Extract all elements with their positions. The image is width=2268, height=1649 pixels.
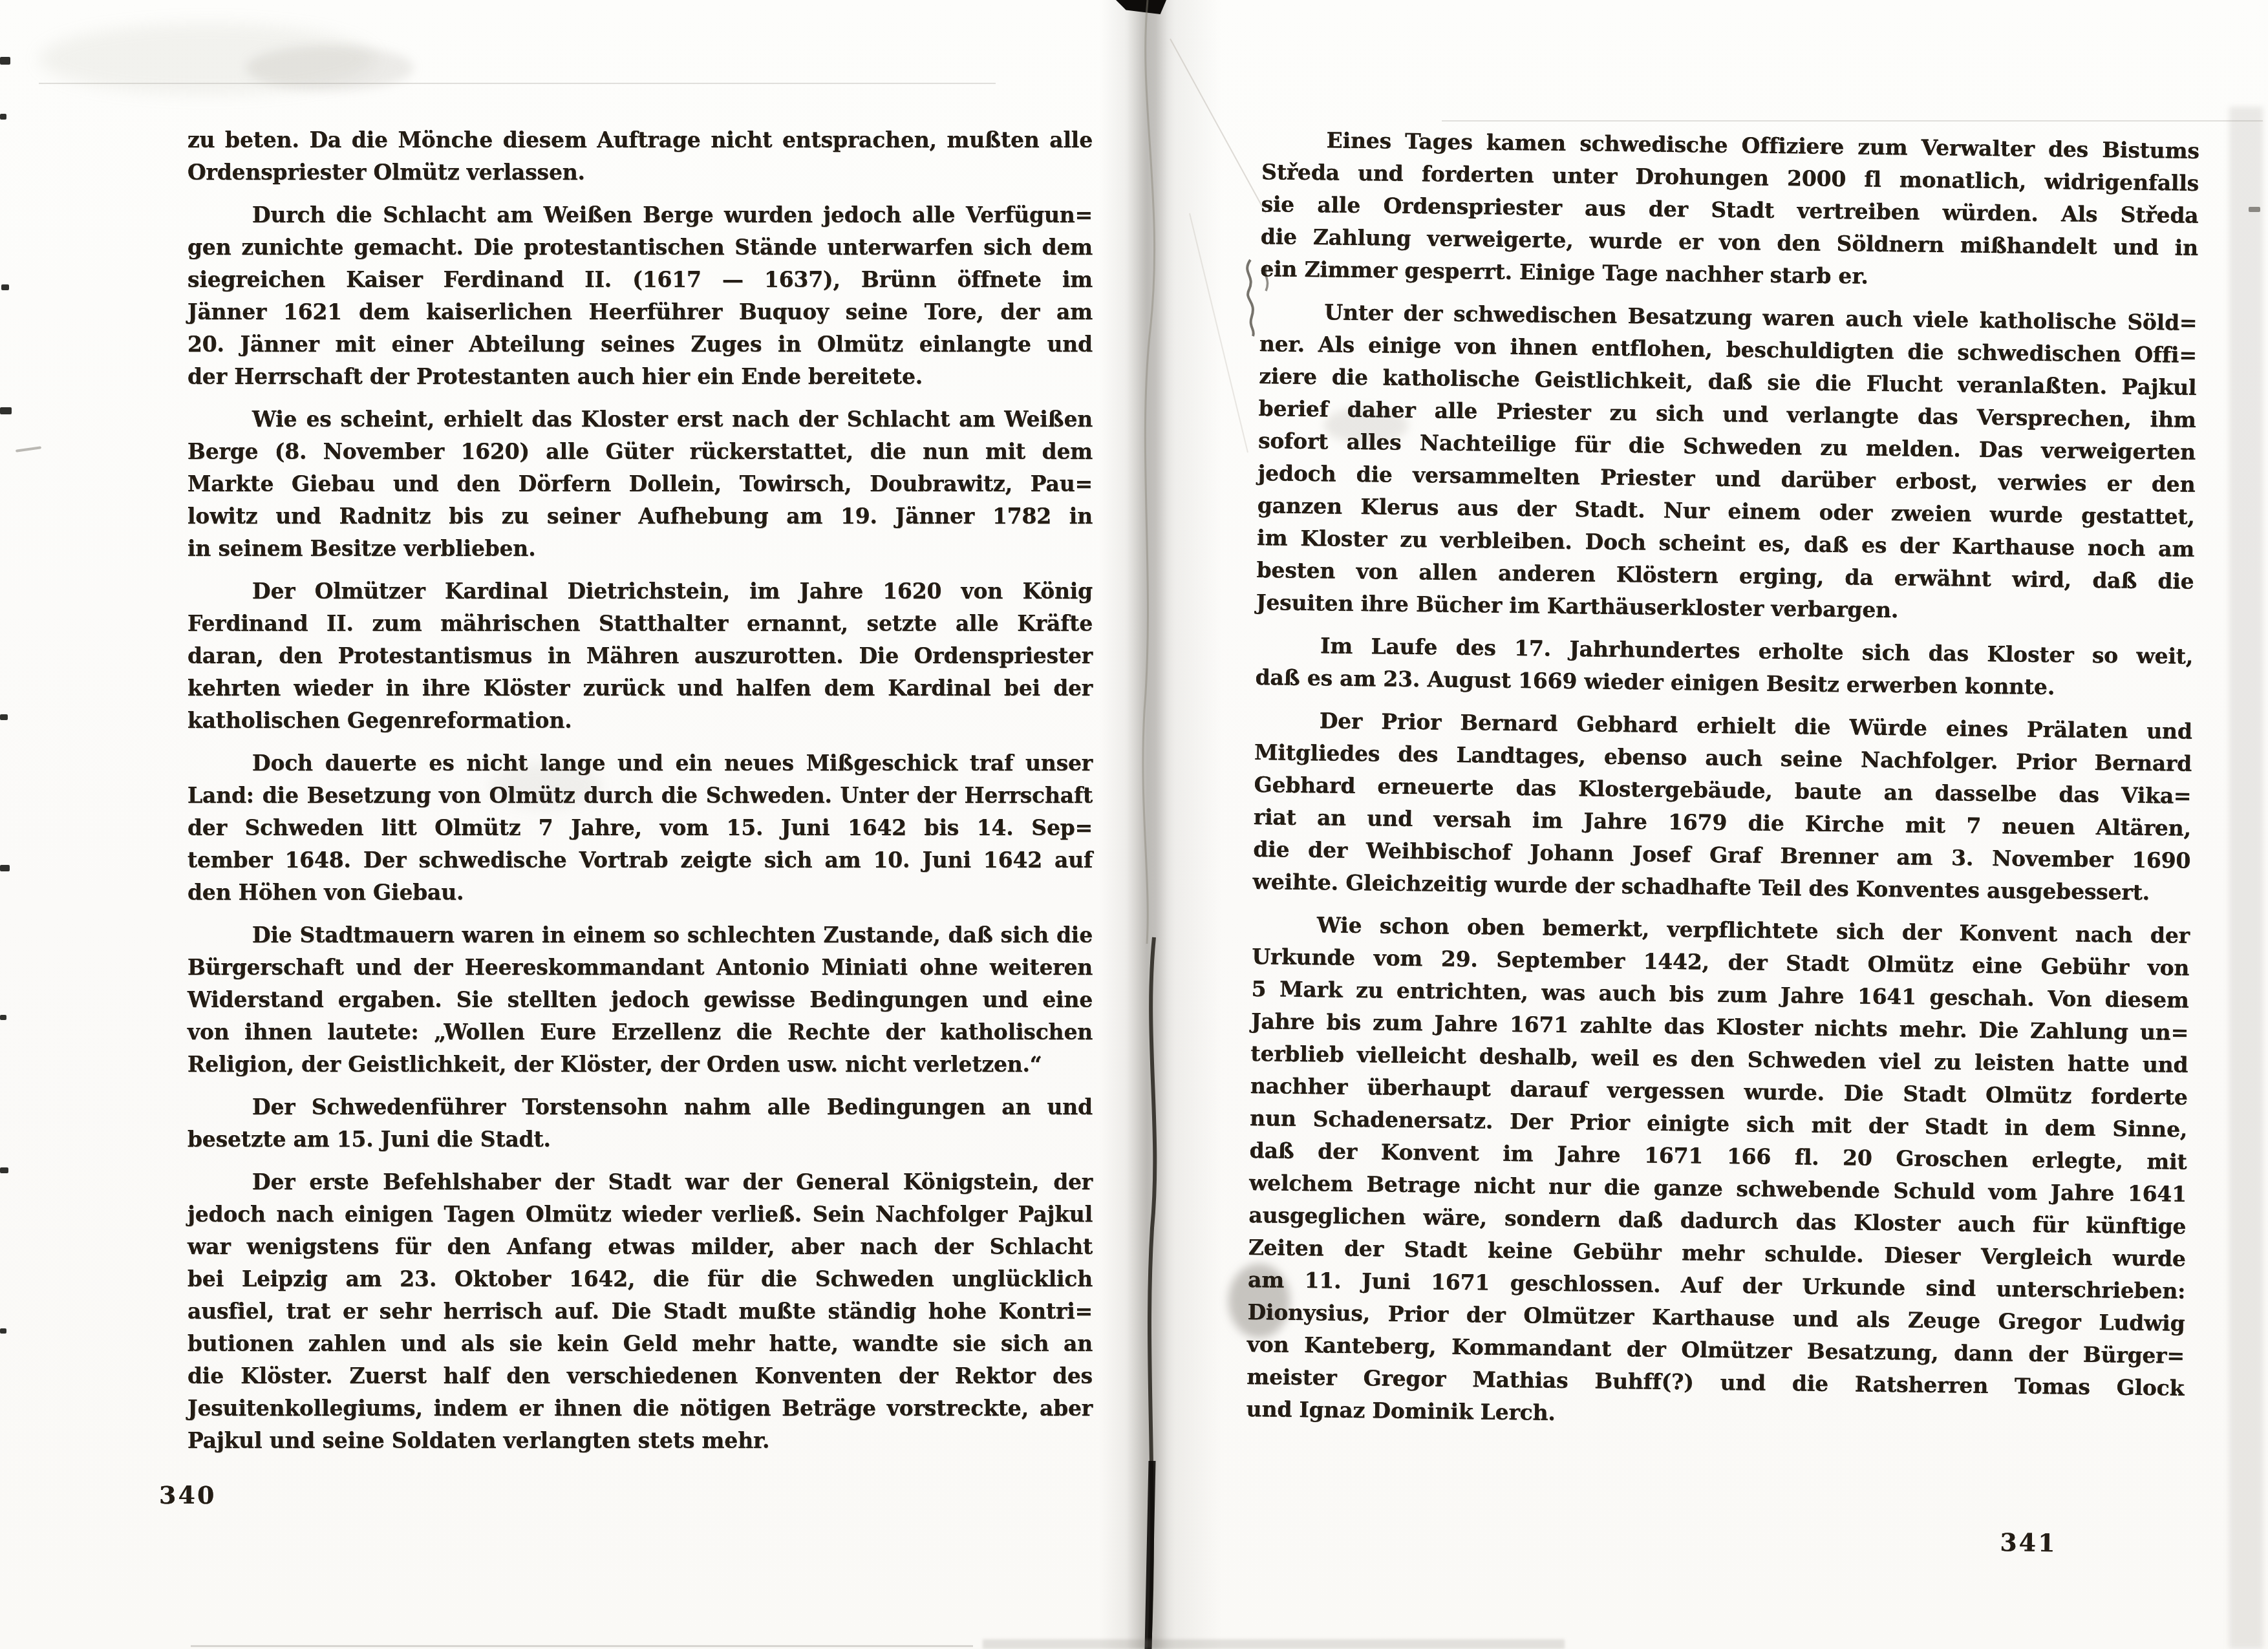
- text-line: 20. Jänner mit einer Abteilung seines Zu…: [187, 328, 1093, 361]
- text-line: jedoch nach einigen Tagen Olmütz wieder …: [187, 1198, 1093, 1231]
- text-line: Der Schwedenführer Torstensohn nahm alle…: [187, 1091, 1093, 1123]
- text-line: in seinem Besitze verblieben.: [187, 533, 1093, 565]
- scan-edge-mark: [0, 1015, 6, 1020]
- paragraph: Der Olmützer Kardinal Dietrichstein, im …: [187, 575, 1093, 737]
- text-line: Land: die Besetzung von Olmütz durch die…: [187, 780, 1093, 812]
- scanned-book-spread: zu beten. Da die Mönche diesem Auftrage …: [0, 0, 2268, 1649]
- text-line: Doch dauerte es nicht lange und ein neue…: [187, 747, 1093, 780]
- left-page-text: zu beten. Da die Mönche diesem Auftrage …: [187, 124, 1093, 1457]
- text-line: Bürgerschaft und der Heereskommandant An…: [187, 952, 1093, 984]
- scan-edge-mark: [0, 865, 10, 871]
- left-page-number: 340: [159, 1480, 216, 1509]
- text-line: Markte Giebau und den Dörfern Dollein, T…: [187, 468, 1093, 500]
- text-line: Der erste Befehlshaber der Stadt war der…: [187, 1166, 1093, 1198]
- text-line: gen zunichte gemacht. Die protestantisch…: [187, 231, 1093, 264]
- paragraph: Doch dauerte es nicht lange und ein neue…: [187, 747, 1093, 909]
- scan-edge-mark: [0, 714, 8, 720]
- text-line: war wenigstens für den Anfang etwas mild…: [187, 1231, 1093, 1263]
- paragraph: Der Prior Bernard Gebhard erhielt die Wü…: [1252, 704, 2192, 910]
- text-line: Berge (8. November 1620) alle Güter rück…: [187, 436, 1093, 468]
- text-line: der Herrschaft der Protestanten auch hie…: [187, 361, 1093, 393]
- scan-bottom-edge: [191, 1645, 973, 1647]
- text-line: Der Olmützer Kardinal Dietrichstein, im …: [187, 575, 1093, 608]
- text-line: katholischen Gegenreformation.: [187, 705, 1093, 737]
- text-line: Widerstand ergaben. Sie stellten jedoch …: [187, 984, 1093, 1016]
- scan-edge-mark: [0, 57, 10, 65]
- text-line: Durch die Schlacht am Weißen Berge wurde…: [187, 199, 1093, 231]
- paragraph: Unter der schwedischen Besatzung waren a…: [1256, 295, 2198, 630]
- scan-edge-mark: [16, 446, 41, 452]
- paragraph: Der Schwedenführer Torstensohn nahm alle…: [187, 1091, 1093, 1156]
- scan-edge-mark: [0, 1167, 8, 1173]
- right-page-number: 341: [2000, 1527, 2057, 1557]
- text-line: Wie es scheint, erhielt das Kloster erst…: [187, 403, 1093, 436]
- scan-bottom-shadow: [983, 1639, 1565, 1649]
- text-line: Jänner 1621 dem kaiserlichen Heerführer …: [187, 296, 1093, 328]
- text-line: Ferdinand II. zum mährischen Statthalter…: [187, 608, 1093, 640]
- book-gutter-shadow: [1099, 0, 1222, 1649]
- left-page-top-edge: [39, 83, 996, 84]
- text-line: daran, den Protestantismus in Mähren aus…: [187, 640, 1093, 672]
- paragraph: zu beten. Da die Mönche diesem Auftrage …: [187, 124, 1093, 189]
- text-line: siegreichen Kaiser Ferdinand II. (1617 —…: [187, 264, 1093, 296]
- text-line: besetzte am 15. Juni die Stadt.: [187, 1123, 1093, 1156]
- paragraph: Der erste Befehlshaber der Stadt war der…: [187, 1166, 1093, 1457]
- text-line: lowitz und Radnitz bis zu seiner Aufhebu…: [187, 500, 1093, 533]
- scan-edge-mark: [0, 1328, 6, 1334]
- text-line: ausfiel, trat er sehr herrisch auf. Die …: [187, 1295, 1093, 1328]
- text-line: bei Leipzig am 23. Oktober 1642, die für…: [187, 1263, 1093, 1295]
- text-line: den Höhen von Giebau.: [187, 877, 1093, 909]
- text-line: Die Stadtmauern waren in einem so schlec…: [187, 919, 1093, 952]
- right-page-top-edge: [1442, 120, 2263, 122]
- paragraph: Eines Tages kamen schwedische Offiziere …: [1260, 123, 2199, 297]
- paragraph: Im Laufe des 17. Jahrhundertes erholte s…: [1255, 629, 2193, 705]
- text-line: butionen zahlen und als sie kein Geld me…: [187, 1328, 1093, 1360]
- text-line: Religion, der Geistlichkeit, der Klöster…: [187, 1048, 1093, 1081]
- gutter-top-ink-mark: [1116, 0, 1166, 17]
- text-line: Jesuitenkollegiums, indem er ihnen die n…: [187, 1392, 1093, 1425]
- text-line: Ordenspriester Olmütz verlassen.: [187, 156, 1093, 189]
- text-line: die Klöster. Zuerst half den verschieden…: [187, 1360, 1093, 1392]
- scan-edge-mark: [1, 284, 9, 290]
- text-line: Pajkul und seine Soldaten verlangten ste…: [187, 1425, 1093, 1457]
- text-line: tember 1648. Der schwedische Vortrab zei…: [187, 844, 1093, 877]
- text-line: zu beten. Da die Mönche diesem Auftrage …: [187, 124, 1093, 156]
- text-line: von ihnen lautete: „Wollen Eure Erzellen…: [187, 1016, 1093, 1048]
- scan-edge-mark: [0, 407, 12, 414]
- right-page: Eines Tages kamen schwedische Offiziere …: [1246, 123, 2199, 1437]
- left-page: zu beten. Da die Mönche diesem Auftrage …: [187, 124, 1093, 1457]
- text-line: kehrten wieder in ihre Klöster zurück un…: [187, 672, 1093, 705]
- paragraph: Die Stadtmauern waren in einem so schlec…: [187, 919, 1093, 1081]
- paragraph: Wie schon oben bemerkt, verpflichtete si…: [1246, 908, 2190, 1437]
- paragraph: Wie es scheint, erhielt das Kloster erst…: [187, 403, 1093, 565]
- scan-edge-mark: [0, 114, 6, 120]
- right-page-text: Eines Tages kamen schwedische Offiziere …: [1246, 123, 2199, 1437]
- page-curl-shadow: [2229, 107, 2263, 1649]
- text-line: der Schweden litt Olmütz 7 Jahre, vom 15…: [187, 812, 1093, 844]
- book-gutter-shadow-core: [1126, 0, 1168, 1649]
- paragraph: Durch die Schlacht am Weißen Berge wurde…: [187, 199, 1093, 393]
